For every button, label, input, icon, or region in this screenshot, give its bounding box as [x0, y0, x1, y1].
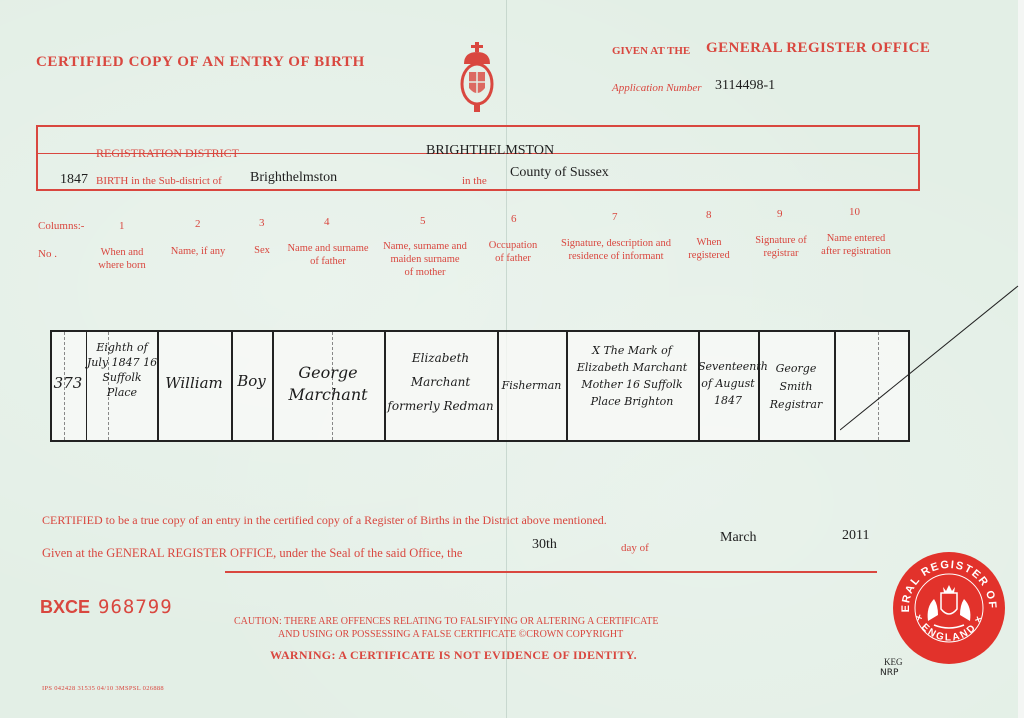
- entry-father-occupation: Fisherman: [497, 378, 566, 393]
- serial-number: 968799: [98, 596, 173, 618]
- issue-month: March: [720, 530, 757, 546]
- caution-line-2: AND USING OR POSSESSING A FALSE CERTIFIC…: [278, 629, 623, 640]
- column-2-number: 2: [195, 218, 201, 230]
- column-3-number: 3: [259, 217, 265, 229]
- issue-year: 2011: [842, 528, 869, 544]
- sub-district-value: Brighthelmston: [250, 170, 337, 186]
- registration-year: 1847: [60, 172, 88, 188]
- column-8-number: 8: [706, 209, 712, 221]
- column-3-header: Sex: [248, 244, 276, 257]
- column-5-header: Name, surname and maiden surname of moth…: [378, 240, 472, 279]
- entry-child-name: William: [157, 376, 231, 391]
- column-10-header: Name entered after registration: [816, 232, 896, 258]
- column-6-header: Occupation of father: [482, 239, 544, 265]
- entry-mother-name: Elizabeth Marchant formerly Redman: [384, 346, 497, 418]
- signature-rule: [225, 571, 877, 573]
- print-code: IPS 042428 31535 04/10 3MSPSL 026888: [42, 685, 164, 692]
- column-10-number: 10: [849, 206, 860, 218]
- entry-when-where-born: Eighth of July 1847 16 Suffolk Place: [86, 340, 158, 400]
- register-entry-row: 373 Eighth of July 1847 16 Suffolk Place…: [50, 330, 910, 442]
- clerk-initials-1: KEG: [884, 657, 903, 667]
- caution-line-1: CAUTION: THERE ARE OFFENCES RELATING TO …: [234, 616, 658, 627]
- entry-registrar-signature: George Smith Registrar: [758, 360, 834, 414]
- column-6-number: 6: [511, 213, 517, 225]
- column-5-number: 5: [420, 215, 426, 227]
- column-9-header: Signature of registrar: [748, 234, 814, 260]
- clerk-initials-2: NRP: [880, 668, 898, 678]
- given-at-office: GENERAL REGISTER OFFICE: [706, 40, 930, 57]
- column-8-header: When registered: [682, 236, 736, 262]
- entry-when-registered: Seventeenth of August 1847: [698, 358, 758, 409]
- entry-father-name: George Marchant: [272, 362, 384, 406]
- application-number-value: 3114498-1: [715, 78, 775, 94]
- certified-statement: CERTIFIED to be a true copy of an entry …: [42, 513, 607, 528]
- column-2-header: Name, if any: [165, 245, 231, 258]
- entry-number: 373: [50, 376, 86, 391]
- entry-sex: Boy: [231, 374, 272, 389]
- cancellation-diagonal-line: [840, 284, 1022, 434]
- certificate-title: CERTIFIED COPY OF AN ENTRY OF BIRTH: [36, 54, 365, 71]
- no-label: No .: [38, 248, 57, 260]
- column-1-header: When and where born: [92, 246, 152, 272]
- county-value: County of Sussex: [510, 165, 609, 181]
- issue-day: 30th: [532, 537, 557, 553]
- identity-warning: WARNING: A CERTIFICATE IS NOT EVIDENCE O…: [270, 648, 637, 663]
- column-7-header: Signature, description and residence of …: [556, 237, 676, 263]
- entry-informant: X The Mark of Elizabeth Marchant Mother …: [566, 342, 698, 410]
- column-9-number: 9: [777, 208, 783, 220]
- application-number-label: Application Number: [612, 82, 702, 94]
- general-register-office-seal-icon: GENERAL REGISTER OFFICE × ENGLAND ×: [892, 551, 1006, 665]
- column-4-header: Name and surname of father: [282, 242, 374, 268]
- given-under-seal-statement: Given at the GENERAL REGISTER OFFICE, un…: [42, 546, 462, 561]
- column-1-number: 1: [119, 220, 125, 232]
- registration-district-label: REGISTRATION DISTRICT: [96, 146, 239, 161]
- columns-label: Columns:-: [38, 220, 84, 232]
- column-7-number: 7: [612, 211, 618, 223]
- registration-district-value: BRIGHTHELMSTON: [426, 143, 554, 159]
- serial-prefix: BXCE: [40, 597, 90, 618]
- column-border: [834, 332, 836, 440]
- royal-crest-icon: [460, 42, 494, 118]
- column-4-number: 4: [324, 216, 330, 228]
- given-at-prefix: GIVEN AT THE: [612, 45, 690, 57]
- in-the-label: in the: [462, 175, 487, 187]
- sub-district-label: BIRTH in the Sub-district of: [96, 175, 222, 187]
- day-of-label: day of: [621, 542, 649, 554]
